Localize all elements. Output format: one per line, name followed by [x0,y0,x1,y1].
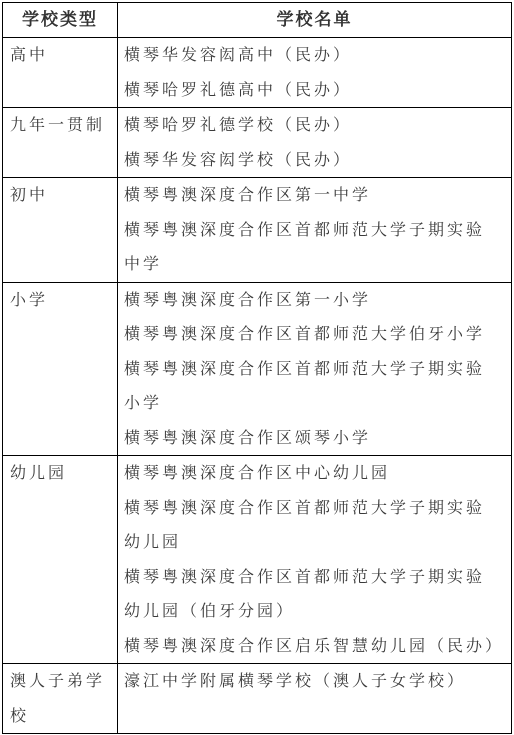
school-type-line: 校 [10,699,115,734]
school-type-line: 澳人子弟学 [10,664,115,699]
school-type-line: 幼儿园 [10,456,115,491]
school-name-line: 横琴粤澳深度合作区首都师范大学子期实验 [124,213,501,248]
school-names-cell: 横琴哈罗礼德学校（民办）横琴华发容闳学校（民办） [118,108,512,178]
school-name-line: 横琴哈罗礼德学校（民办） [124,108,501,143]
school-name-line: 横琴粤澳深度合作区首都师范大学子期实验 [124,491,501,526]
school-names-cell: 横琴华发容闳高中（民办）横琴哈罗礼德高中（民办） [118,38,512,108]
column-header-school-type: 学校类型 [3,3,118,38]
school-type-cell: 幼儿园 [3,456,118,664]
table-row: 九年一贯制横琴哈罗礼德学校（民办）横琴华发容闳学校（民办） [3,108,512,178]
school-names-cell: 横琴粤澳深度合作区中心幼儿园横琴粤澳深度合作区首都师范大学子期实验幼儿园横琴粤澳… [118,456,512,664]
school-name-line: 横琴粤澳深度合作区颂琴小学 [124,421,501,456]
table-row: 幼儿园横琴粤澳深度合作区中心幼儿园横琴粤澳深度合作区首都师范大学子期实验幼儿园横… [3,456,512,664]
school-type-line: 高中 [10,38,115,73]
school-name-line: 横琴华发容闳学校（民办） [124,143,501,178]
school-name-line: 幼儿园（伯牙分园） [124,594,501,629]
school-type-cell: 九年一贯制 [3,108,118,178]
table-row: 初中横琴粤澳深度合作区第一中学横琴粤澳深度合作区首都师范大学子期实验中学 [3,178,512,283]
school-type-line: 初中 [10,178,115,213]
school-type-cell: 初中 [3,178,118,283]
school-name-line: 中学 [124,247,501,282]
table-row: 小学横琴粤澳深度合作区第一小学横琴粤澳深度合作区首都师范大学伯牙小学横琴粤澳深度… [3,282,512,456]
school-type-cell: 高中 [3,38,118,108]
table-body: 高中横琴华发容闳高中（民办）横琴哈罗礼德高中（民办）九年一贯制横琴哈罗礼德学校（… [3,38,512,734]
table-row: 高中横琴华发容闳高中（民办）横琴哈罗礼德高中（民办） [3,38,512,108]
school-name-line: 横琴华发容闳高中（民办） [124,38,501,73]
school-name-line: 横琴粤澳深度合作区第一小学 [124,283,501,318]
school-type-line: 九年一贯制 [10,108,115,143]
school-name-line: 横琴粤澳深度合作区启乐智慧幼儿园（民办） [124,629,501,664]
school-name-line: 横琴粤澳深度合作区首都师范大学子期实验 [124,352,501,387]
school-type-line: 小学 [10,283,115,318]
school-name-line: 横琴粤澳深度合作区中心幼儿园 [124,456,501,491]
column-header-school-list: 学校名单 [118,3,512,38]
school-name-line: 横琴粤澳深度合作区首都师范大学子期实验 [124,560,501,595]
table-row: 澳人子弟学校濠江中学附属横琴学校（澳人子女学校） [3,664,512,734]
school-name-line: 小学 [124,386,501,421]
school-name-line: 幼儿园 [124,525,501,560]
school-name-line: 横琴粤澳深度合作区首都师范大学伯牙小学 [124,317,501,352]
school-name-line: 横琴粤澳深度合作区第一中学 [124,178,501,213]
school-type-cell: 小学 [3,282,118,456]
school-names-cell: 濠江中学附属横琴学校（澳人子女学校） [118,664,512,734]
school-type-cell: 澳人子弟学校 [3,664,118,734]
school-name-line: 横琴哈罗礼德高中（民办） [124,73,501,108]
school-names-cell: 横琴粤澳深度合作区第一小学横琴粤澳深度合作区首都师范大学伯牙小学横琴粤澳深度合作… [118,282,512,456]
school-names-cell: 横琴粤澳深度合作区第一中学横琴粤澳深度合作区首都师范大学子期实验中学 [118,178,512,283]
school-list-table: 学校类型 学校名单 高中横琴华发容闳高中（民办）横琴哈罗礼德高中（民办）九年一贯… [2,2,512,734]
school-name-line: 濠江中学附属横琴学校（澳人子女学校） [124,664,501,699]
header-row: 学校类型 学校名单 [3,3,512,38]
